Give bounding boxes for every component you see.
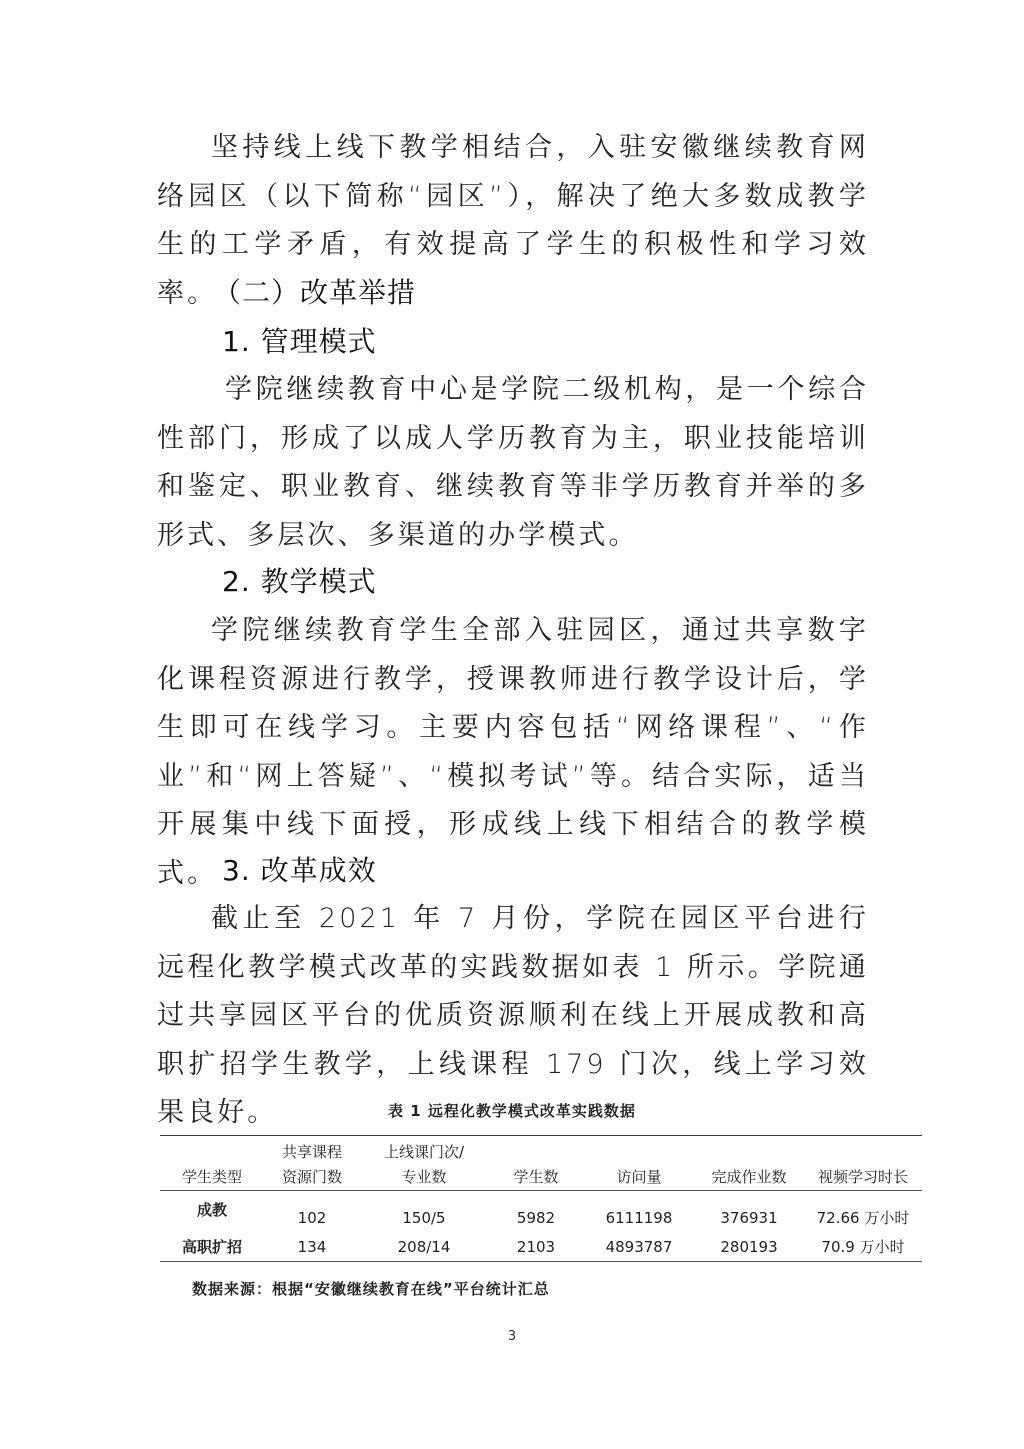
- heading-teaching-mode: 2. 教学模式: [222, 562, 377, 602]
- cell-online-courses-majors: 150/5: [360, 1191, 488, 1233]
- cell-assignments: 376931: [694, 1191, 804, 1233]
- header-student-type: 学生类型: [160, 1136, 264, 1191]
- cell-assignments: 280193: [694, 1232, 804, 1262]
- paragraph-management-mode: 学院继续教育中心是学院二级机构，是一个综合性部门，形成了以成人学历教育为主，职业…: [157, 366, 869, 560]
- cell-video-hours: 72.66 万小时: [804, 1191, 922, 1233]
- cell-student-count: 2103: [488, 1232, 584, 1262]
- cell-student-type: 高职扩招: [160, 1232, 264, 1262]
- table-caption: 表 1 远程化教学模式改革实践数据: [0, 1100, 1024, 1121]
- cell-visits: 6111198: [584, 1191, 694, 1233]
- cell-student-type: 成教: [160, 1191, 264, 1233]
- header-visits: 访问量: [584, 1136, 694, 1191]
- cell-shared-courses: 134: [264, 1232, 360, 1262]
- header-video-hours: 视频学习时长: [804, 1136, 922, 1191]
- document-page: 坚持线上线下教学相结合，入驻安徽继续教育网络园区（以下简称“园区”），解决了绝大…: [0, 0, 1024, 1449]
- heading-management-mode: 1. 管理模式: [222, 322, 377, 362]
- practice-data-table: 学生类型 共享课程资源门数 上线课门次/专业数 学生数 访问量 完成作业数 视频…: [160, 1135, 922, 1262]
- cell-visits: 4893787: [584, 1232, 694, 1262]
- header-student-count: 学生数: [488, 1136, 584, 1191]
- table-row: 成教 102 150/5 5982 6111198 376931 72.66 万…: [160, 1191, 922, 1233]
- cell-online-courses-majors: 208/14: [360, 1232, 488, 1262]
- table-header-row: 学生类型 共享课程资源门数 上线课门次/专业数 学生数 访问量 完成作业数 视频…: [160, 1136, 922, 1191]
- section-heading-reform-measures: （二）改革举措: [213, 273, 416, 313]
- cell-shared-courses: 102: [264, 1191, 360, 1233]
- header-online-courses-majors: 上线课门次/专业数: [360, 1136, 488, 1191]
- table-data-source: 数据来源：根据“安徽继续教育在线”平台统计汇总: [192, 1278, 550, 1299]
- header-shared-courses: 共享课程资源门数: [264, 1136, 360, 1191]
- heading-reform-results: 3. 改革成效: [222, 851, 377, 891]
- cell-video-hours: 70.9 万小时: [804, 1232, 922, 1262]
- header-assignments: 完成作业数: [694, 1136, 804, 1191]
- cell-student-count: 5982: [488, 1191, 584, 1233]
- table-row: 高职扩招 134 208/14 2103 4893787 280193 70.9…: [160, 1232, 922, 1262]
- page-number: 3: [0, 1329, 1024, 1344]
